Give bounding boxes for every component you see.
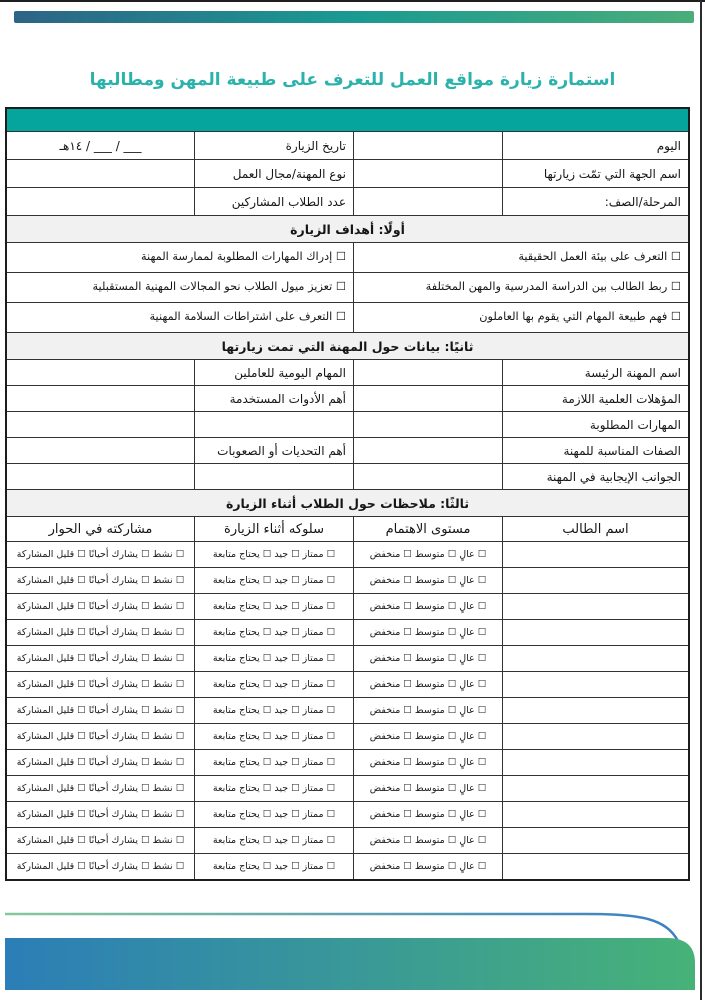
objective-item[interactable]: ☐ ربط الطالب بين الدراسة المدرسية والمهن… (353, 273, 688, 302)
student-name-field[interactable] (502, 594, 688, 619)
profession-row: الجوانب الإيجابية في المهنة (7, 463, 688, 489)
interest-options[interactable]: ☐ عالٍ ☐ متوسط ☐ منخفض (353, 672, 502, 697)
field-stage-class[interactable] (353, 188, 502, 215)
student-row: ☐ عالٍ ☐ متوسط ☐ منخفض ☐ ممتاز ☐ جيد ☐ ي… (7, 697, 688, 723)
interest-options[interactable]: ☐ عالٍ ☐ متوسط ☐ منخفض (353, 620, 502, 645)
student-name-field[interactable] (502, 724, 688, 749)
page-top-border (0, 0, 705, 2)
field-empty[interactable] (7, 412, 194, 437)
student-name-field[interactable] (502, 568, 688, 593)
profession-row: اسم المهنة الرئيسة المهام اليومية للعامل… (7, 359, 688, 385)
field-visit-date[interactable]: ___ / ___ / ١٤هـ (7, 132, 194, 159)
field-profession-type[interactable] (7, 160, 194, 187)
label-day: اليوم (502, 132, 688, 159)
student-name-field[interactable] (502, 750, 688, 775)
label-daily-tasks: المهام اليومية للعاملين (194, 360, 353, 385)
objective-item[interactable]: ☐ التعرف على بيئة العمل الحقيقية (353, 243, 688, 272)
participation-options[interactable]: ☐ نشط ☐ يشارك أحيانًا ☐ قليل المشاركة (7, 672, 194, 697)
form-title: استمارة زيارة مواقع العمل للتعرف على طبي… (0, 70, 705, 90)
student-row: ☐ عالٍ ☐ متوسط ☐ منخفض ☐ ممتاز ☐ جيد ☐ ي… (7, 619, 688, 645)
label-entity-name: اسم الجهة التي تمّت زيارتها (502, 160, 688, 187)
field-day[interactable] (353, 132, 502, 159)
interest-options[interactable]: ☐ عالٍ ☐ متوسط ☐ منخفض (353, 568, 502, 593)
objectives-row: ☐ ربط الطالب بين الدراسة المدرسية والمهن… (7, 272, 688, 302)
column-participation: مشاركته في الحوار (7, 517, 194, 541)
section2-header: ثانيًا: بيانات حول المهنة التي تمت زيارت… (7, 332, 688, 359)
behavior-options[interactable]: ☐ ممتاز ☐ جيد ☐ يحتاج متابعة (194, 568, 353, 593)
label-main-profession: اسم المهنة الرئيسة (502, 360, 688, 385)
behavior-options[interactable]: ☐ ممتاز ☐ جيد ☐ يحتاج متابعة (194, 828, 353, 853)
participation-options[interactable]: ☐ نشط ☐ يشارك أحيانًا ☐ قليل المشاركة (7, 802, 194, 827)
interest-options[interactable]: ☐ عالٍ ☐ متوسط ☐ منخفض (353, 802, 502, 827)
profession-row: المؤهلات العلمية اللازمة أهم الأدوات الم… (7, 385, 688, 411)
field-entity-name[interactable] (353, 160, 502, 187)
interest-options[interactable]: ☐ عالٍ ☐ متوسط ☐ منخفض (353, 828, 502, 853)
column-behavior: سلوكه أثناء الزيارة (194, 517, 353, 541)
student-row: ☐ عالٍ ☐ متوسط ☐ منخفض ☐ ممتاز ☐ جيد ☐ ي… (7, 593, 688, 619)
student-row: ☐ عالٍ ☐ متوسط ☐ منخفض ☐ ممتاز ☐ جيد ☐ ي… (7, 775, 688, 801)
student-name-field[interactable] (502, 542, 688, 567)
info-row-day-date: اليوم تاريخ الزيارة ___ / ___ / ١٤هـ (7, 131, 688, 159)
label-empty (194, 412, 353, 437)
field-positive-aspects[interactable] (353, 464, 502, 489)
interest-options[interactable]: ☐ عالٍ ☐ متوسط ☐ منخفض (353, 646, 502, 671)
section2-title: ثانيًا: بيانات حول المهنة التي تمت زيارت… (7, 333, 688, 359)
behavior-options[interactable]: ☐ ممتاز ☐ جيد ☐ يحتاج متابعة (194, 542, 353, 567)
objective-item[interactable]: ☐ إدراك المهارات المطلوبة لممارسة المهنة (7, 243, 353, 272)
field-tools-used[interactable] (7, 386, 194, 411)
behavior-options[interactable]: ☐ ممتاز ☐ جيد ☐ يحتاج متابعة (194, 620, 353, 645)
teal-header-band (7, 109, 688, 131)
student-name-field[interactable] (502, 854, 688, 879)
interest-options[interactable]: ☐ عالٍ ☐ متوسط ☐ منخفض (353, 750, 502, 775)
field-students-count[interactable] (7, 188, 194, 215)
behavior-options[interactable]: ☐ ممتاز ☐ جيد ☐ يحتاج متابعة (194, 646, 353, 671)
participation-options[interactable]: ☐ نشط ☐ يشارك أحيانًا ☐ قليل المشاركة (7, 594, 194, 619)
behavior-options[interactable]: ☐ ممتاز ☐ جيد ☐ يحتاج متابعة (194, 672, 353, 697)
label-qualifications: المؤهلات العلمية اللازمة (502, 386, 688, 411)
participation-options[interactable]: ☐ نشط ☐ يشارك أحيانًا ☐ قليل المشاركة (7, 750, 194, 775)
interest-options[interactable]: ☐ عالٍ ☐ متوسط ☐ منخفض (353, 594, 502, 619)
objectives-row: ☐ فهم طبيعة المهام التي يقوم بها العاملو… (7, 302, 688, 332)
field-main-profession[interactable] (353, 360, 502, 385)
label-profession-type: نوع المهنة/مجال العمل (194, 160, 353, 187)
behavior-options[interactable]: ☐ ممتاز ☐ جيد ☐ يحتاج متابعة (194, 750, 353, 775)
students-table-header: اسم الطالب مستوى الاهتمام سلوكه أثناء ال… (7, 516, 688, 541)
participation-options[interactable]: ☐ نشط ☐ يشارك أحيانًا ☐ قليل المشاركة (7, 568, 194, 593)
student-name-field[interactable] (502, 620, 688, 645)
student-name-field[interactable] (502, 776, 688, 801)
student-row: ☐ عالٍ ☐ متوسط ☐ منخفض ☐ ممتاز ☐ جيد ☐ ي… (7, 567, 688, 593)
label-tools-used: أهم الأدوات المستخدمة (194, 386, 353, 411)
student-name-field[interactable] (502, 672, 688, 697)
label-students-count: عدد الطلاب المشاركين (194, 188, 353, 215)
participation-options[interactable]: ☐ نشط ☐ يشارك أحيانًا ☐ قليل المشاركة (7, 620, 194, 645)
footer-gradient-art (0, 900, 705, 1000)
objective-item[interactable]: ☐ التعرف على اشتراطات السلامة المهنية (7, 303, 353, 332)
field-daily-tasks[interactable] (7, 360, 194, 385)
info-row-stage-count: المرحلة/الصف: عدد الطلاب المشاركين (7, 187, 688, 215)
behavior-options[interactable]: ☐ ممتاز ☐ جيد ☐ يحتاج متابعة (194, 802, 353, 827)
student-row: ☐ عالٍ ☐ متوسط ☐ منخفض ☐ ممتاز ☐ جيد ☐ ي… (7, 541, 688, 567)
student-row: ☐ عالٍ ☐ متوسط ☐ منخفض ☐ ممتاز ☐ جيد ☐ ي… (7, 749, 688, 775)
form-table: اليوم تاريخ الزيارة ___ / ___ / ١٤هـ اسم… (5, 107, 690, 881)
teal-band (7, 109, 688, 131)
field-required-skills[interactable] (353, 412, 502, 437)
participation-options[interactable]: ☐ نشط ☐ يشارك أحيانًا ☐ قليل المشاركة (7, 698, 194, 723)
behavior-options[interactable]: ☐ ممتاز ☐ جيد ☐ يحتاج متابعة (194, 724, 353, 749)
participation-options[interactable]: ☐ نشط ☐ يشارك أحيانًا ☐ قليل المشاركة (7, 646, 194, 671)
participation-options[interactable]: ☐ نشط ☐ يشارك أحيانًا ☐ قليل المشاركة (7, 776, 194, 801)
student-name-field[interactable] (502, 802, 688, 827)
student-row: ☐ عالٍ ☐ متوسط ☐ منخفض ☐ ممتاز ☐ جيد ☐ ي… (7, 801, 688, 827)
label-challenges: أهم التحديات أو الصعوبات (194, 438, 353, 463)
field-challenges[interactable] (7, 438, 194, 463)
section3-title: ثالثًا: ملاحظات حول الطلاب أثناء الزيارة (7, 490, 688, 516)
student-row: ☐ عالٍ ☐ متوسط ☐ منخفض ☐ ممتاز ☐ جيد ☐ ي… (7, 827, 688, 853)
column-student-name: اسم الطالب (502, 517, 688, 541)
participation-options[interactable]: ☐ نشط ☐ يشارك أحيانًا ☐ قليل المشاركة (7, 854, 194, 879)
page-right-border (700, 0, 702, 1000)
student-name-field[interactable] (502, 828, 688, 853)
section1-header: أولًا: أهداف الزيارة (7, 215, 688, 242)
label-required-skills: المهارات المطلوبة (502, 412, 688, 437)
objectives-row: ☐ التعرف على بيئة العمل الحقيقية ☐ إدراك… (7, 242, 688, 272)
info-row-entity-profession: اسم الجهة التي تمّت زيارتها نوع المهنة/م… (7, 159, 688, 187)
section3-header: ثالثًا: ملاحظات حول الطلاب أثناء الزيارة (7, 489, 688, 516)
interest-options[interactable]: ☐ عالٍ ☐ متوسط ☐ منخفض (353, 698, 502, 723)
header-gradient-bar (14, 11, 694, 23)
behavior-options[interactable]: ☐ ممتاز ☐ جيد ☐ يحتاج متابعة (194, 594, 353, 619)
footer-curve-line (5, 914, 678, 941)
interest-options[interactable]: ☐ عالٍ ☐ متوسط ☐ منخفض (353, 854, 502, 879)
objective-item[interactable]: ☐ تعزيز ميول الطلاب نحو المجالات المهنية… (7, 273, 353, 302)
label-suitable-traits: الصفات المناسبة للمهنة (502, 438, 688, 463)
participation-options[interactable]: ☐ نشط ☐ يشارك أحيانًا ☐ قليل المشاركة (7, 724, 194, 749)
student-name-field[interactable] (502, 698, 688, 723)
student-row: ☐ عالٍ ☐ متوسط ☐ منخفض ☐ ممتاز ☐ جيد ☐ ي… (7, 723, 688, 749)
participation-options[interactable]: ☐ نشط ☐ يشارك أحيانًا ☐ قليل المشاركة (7, 828, 194, 853)
participation-options[interactable]: ☐ نشط ☐ يشارك أحيانًا ☐ قليل المشاركة (7, 542, 194, 567)
footer-gradient-bar (5, 938, 695, 990)
column-interest-level: مستوى الاهتمام (353, 517, 502, 541)
student-name-field[interactable] (502, 646, 688, 671)
label-empty (194, 464, 353, 489)
interest-options[interactable]: ☐ عالٍ ☐ متوسط ☐ منخفض (353, 542, 502, 567)
interest-options[interactable]: ☐ عالٍ ☐ متوسط ☐ منخفض (353, 724, 502, 749)
field-empty[interactable] (7, 464, 194, 489)
student-row: ☐ عالٍ ☐ متوسط ☐ منخفض ☐ ممتاز ☐ جيد ☐ ي… (7, 853, 688, 879)
profession-row: الصفات المناسبة للمهنة أهم التحديات أو ا… (7, 437, 688, 463)
student-row: ☐ عالٍ ☐ متوسط ☐ منخفض ☐ ممتاز ☐ جيد ☐ ي… (7, 645, 688, 671)
student-row: ☐ عالٍ ☐ متوسط ☐ منخفض ☐ ممتاز ☐ جيد ☐ ي… (7, 671, 688, 697)
profession-row: المهارات المطلوبة (7, 411, 688, 437)
field-suitable-traits[interactable] (353, 438, 502, 463)
behavior-options[interactable]: ☐ ممتاز ☐ جيد ☐ يحتاج متابعة (194, 854, 353, 879)
section1-title: أولًا: أهداف الزيارة (7, 216, 688, 242)
interest-options[interactable]: ☐ عالٍ ☐ متوسط ☐ منخفض (353, 776, 502, 801)
objective-item[interactable]: ☐ فهم طبيعة المهام التي يقوم بها العاملو… (353, 303, 688, 332)
label-positive-aspects: الجوانب الإيجابية في المهنة (502, 464, 688, 489)
behavior-options[interactable]: ☐ ممتاز ☐ جيد ☐ يحتاج متابعة (194, 698, 353, 723)
label-visit-date: تاريخ الزيارة (194, 132, 353, 159)
field-qualifications[interactable] (353, 386, 502, 411)
label-stage-class: المرحلة/الصف: (502, 188, 688, 215)
behavior-options[interactable]: ☐ ممتاز ☐ جيد ☐ يحتاج متابعة (194, 776, 353, 801)
